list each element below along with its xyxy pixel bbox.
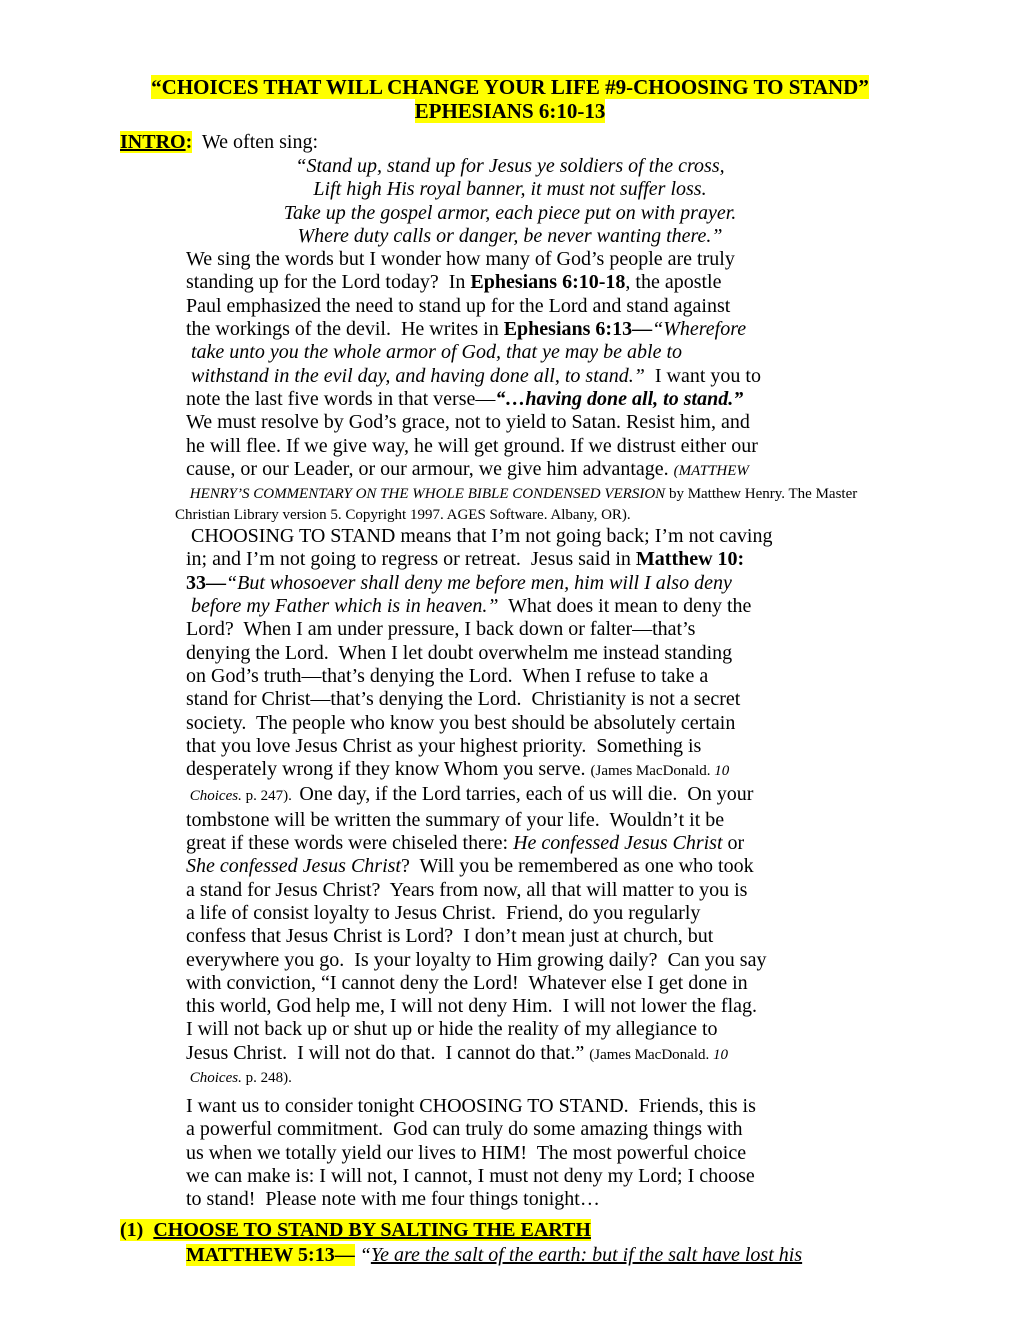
text-line: confess that Jesus Christ is Lord? I don… bbox=[186, 925, 1020, 948]
text-run: a life of consist loyalty to Jesus Chris… bbox=[186, 902, 700, 924]
text-run: before my Father which is in heaven.” bbox=[186, 595, 499, 617]
text-run: I will not back up or shut up or hide th… bbox=[186, 1018, 718, 1040]
hymn-line: Take up the gospel armor, each piece put… bbox=[0, 202, 1020, 225]
intro-label: INTRO bbox=[120, 131, 186, 153]
text-run: p. 248). bbox=[242, 1070, 292, 1086]
text-line: everywhere you go. Is your loyalty to Hi… bbox=[186, 949, 1020, 972]
text-line: he will flee. If we give way, he will ge… bbox=[186, 435, 1020, 458]
text-run: to stand! Please note with me four thing… bbox=[186, 1188, 600, 1210]
text-line: a powerful commitment. God can truly do … bbox=[186, 1118, 1020, 1141]
text-run: Matthew 10: bbox=[636, 548, 744, 570]
text-run: I want us to consider tonight CHOOSING T… bbox=[186, 1095, 756, 1117]
scripture-matthew-5-13: MATTHEW 5:13— “Ye are the salt of the ea… bbox=[186, 1243, 1020, 1268]
text-run: 33— bbox=[186, 572, 226, 594]
text-run: stand for Christ—that’s denying the Lord… bbox=[186, 688, 740, 710]
text-run: (MATTHEW bbox=[674, 463, 749, 479]
text-run: everywhere you go. Is your loyalty to Hi… bbox=[186, 949, 766, 971]
text-run: confess that Jesus Christ is Lord? I don… bbox=[186, 925, 713, 947]
text-run: this world, God help me, I will not deny… bbox=[186, 995, 757, 1017]
text-run: (1) bbox=[120, 1219, 153, 1241]
sermon-title-text: “CHOICES THAT WILL CHANGE YOUR LIFE #9-C… bbox=[151, 75, 869, 99]
text-run: that you love Jesus Christ as your highe… bbox=[186, 735, 701, 757]
text-run: 10 bbox=[714, 763, 729, 779]
text-line: CHOOSING TO STAND means that I’m not goi… bbox=[186, 525, 1020, 548]
sermon-scripture-reference-text: EPHESIANS 6:10-13 bbox=[415, 99, 606, 123]
text-run: (James MacDonald. bbox=[589, 1047, 713, 1063]
text-line: this world, God help me, I will not deny… bbox=[186, 995, 1020, 1018]
paragraph-2: CHOOSING TO STAND means that I’m not goi… bbox=[186, 525, 1020, 1088]
text-line: I want us to consider tonight CHOOSING T… bbox=[186, 1095, 1020, 1118]
text-line: great if these words were chiseled there… bbox=[186, 832, 1020, 855]
text-run: (James MacDonald. bbox=[591, 763, 715, 779]
text-run: We sing the words but I wonder how many … bbox=[186, 248, 735, 270]
text-line: HENRY’S COMMENTARY ON THE WHOLE BIBLE CO… bbox=[186, 483, 1020, 504]
text-line: 33—“But whosoever shall deny me before m… bbox=[186, 572, 1020, 595]
document-body: We sing the words but I wonder how many … bbox=[0, 248, 1020, 1268]
text-run: Paul emphasized the need to stand up for… bbox=[186, 295, 730, 317]
text-run: , the apostle bbox=[625, 271, 721, 293]
text-run: What does it mean to deny the bbox=[499, 595, 752, 617]
text-run: cause, or our Leader, or our armour, we … bbox=[186, 458, 674, 480]
text-line: a life of consist loyalty to Jesus Chris… bbox=[186, 902, 1020, 925]
text-line: standing up for the Lord today? In Ephes… bbox=[186, 271, 1020, 294]
text-run: a powerful commitment. God can truly do … bbox=[186, 1118, 743, 1140]
paragraph-1: We sing the words but I wonder how many … bbox=[186, 248, 1020, 525]
text-line: Choices. p. 247). One day, if the Lord t… bbox=[186, 783, 1020, 808]
text-line: Choices. p. 248). bbox=[186, 1067, 1020, 1088]
text-run: He confessed Jesus Christ bbox=[513, 832, 722, 854]
text-run: “…having done all, to stand.” bbox=[495, 388, 743, 410]
text-run: in; and I’m not going to regress or retr… bbox=[186, 548, 636, 570]
text-run: take unto you the whole armor of God, th… bbox=[186, 341, 682, 363]
text-run: standing up for the Lord today? In bbox=[186, 271, 470, 293]
text-run: CHOOSING TO STAND means that I’m not goi… bbox=[186, 525, 772, 547]
text-run: Choices. bbox=[186, 1070, 242, 1086]
text-run: Ye are the salt of the earth: but if the… bbox=[371, 1244, 802, 1266]
text-line: with conviction, “I cannot deny the Lord… bbox=[186, 972, 1020, 995]
text-run: HENRY’S COMMENTARY ON THE WHOLE BIBLE CO… bbox=[186, 486, 665, 502]
text-line: on God’s truth—that’s denying the Lord. … bbox=[186, 665, 1020, 688]
text-line: denying the Lord. When I let doubt overw… bbox=[186, 642, 1020, 665]
text-run: CHOOSE TO STAND BY SALTING THE EARTH bbox=[153, 1219, 591, 1241]
text-run: I want you to bbox=[645, 365, 761, 387]
text-line: cause, or our Leader, or our armour, we … bbox=[186, 458, 1020, 483]
text-line: note the last five words in that verse—“… bbox=[186, 388, 1020, 411]
text-run: Ephesians 6:10-18 bbox=[470, 271, 625, 293]
text-line: Christian Library version 5. Copyright 1… bbox=[186, 504, 1020, 525]
text-run: 10 bbox=[713, 1047, 728, 1063]
text-run: MATTHEW 5:13— bbox=[186, 1244, 355, 1266]
text-run: with conviction, “I cannot deny the Lord… bbox=[186, 972, 748, 994]
text-line: Jesus Christ. I will not do that. I cann… bbox=[186, 1042, 1020, 1067]
text-line: us when we totally yield our lives to HI… bbox=[186, 1142, 1020, 1165]
text-run: ? Will you be remembered as one who took bbox=[401, 855, 754, 877]
text-line: We sing the words but I wonder how many … bbox=[186, 248, 1020, 271]
hymn-line: Where duty calls or danger, be never wan… bbox=[0, 225, 1020, 248]
text-run: us when we totally yield our lives to HI… bbox=[186, 1142, 746, 1164]
text-run: Jesus Christ. I will not do that. I cann… bbox=[186, 1042, 589, 1064]
text-run: we can make is: I will not, I cannot, I … bbox=[186, 1165, 755, 1187]
text-run: “But whosoever shall deny me before men,… bbox=[226, 572, 732, 594]
hymn-quote: “Stand up, stand up for Jesus ye soldier… bbox=[0, 155, 1020, 248]
text-run: “Wherefore bbox=[652, 318, 746, 340]
hymn-line: Lift high His royal banner, it must not … bbox=[0, 178, 1020, 201]
text-run: Ephesians 6:13— bbox=[504, 318, 652, 340]
document-page: “CHOICES THAT WILL CHANGE YOUR LIFE #9-C… bbox=[0, 0, 1020, 1320]
text-run: We must resolve by God’s grace, not to y… bbox=[186, 411, 750, 433]
text-run: on God’s truth—that’s denying the Lord. … bbox=[186, 665, 708, 687]
text-run: Choices. bbox=[186, 788, 242, 804]
text-line: that you love Jesus Christ as your highe… bbox=[186, 735, 1020, 758]
text-line: tombstone will be written the summary of… bbox=[186, 809, 1020, 832]
text-run: tombstone will be written the summary of… bbox=[186, 809, 724, 831]
text-run: or bbox=[723, 832, 745, 854]
text-line: Paul emphasized the need to stand up for… bbox=[186, 295, 1020, 318]
text-line: before my Father which is in heaven.” Wh… bbox=[186, 595, 1020, 618]
text-run: desperately wrong if they know Whom you … bbox=[186, 758, 591, 780]
text-run: by Matthew Henry. The Master bbox=[665, 486, 857, 502]
section-heading-1: (1) CHOOSE TO STAND BY SALTING THE EARTH bbox=[120, 1218, 1020, 1243]
sermon-title: “CHOICES THAT WILL CHANGE YOUR LIFE #9-C… bbox=[0, 75, 1020, 99]
text-run: great if these words were chiseled there… bbox=[186, 832, 513, 854]
text-line: withstand in the evil day, and having do… bbox=[186, 365, 1020, 388]
paragraph-3: I want us to consider tonight CHOOSING T… bbox=[186, 1095, 1020, 1211]
sermon-scripture-reference: EPHESIANS 6:10-13 bbox=[0, 99, 1020, 123]
text-line: (1) CHOOSE TO STAND BY SALTING THE EARTH bbox=[120, 1218, 1020, 1243]
text-run: society. The people who know you best sh… bbox=[186, 712, 735, 734]
text-run: “ bbox=[355, 1244, 371, 1266]
text-run: a stand for Jesus Christ? Years from now… bbox=[186, 879, 747, 901]
text-line: take unto you the whole armor of God, th… bbox=[186, 341, 1020, 364]
text-run: note the last five words in that verse— bbox=[186, 388, 495, 410]
intro-text: We often sing: bbox=[192, 131, 318, 153]
text-run: One day, if the Lord tarries, each of us… bbox=[299, 783, 753, 805]
text-run: he will flee. If we give way, he will ge… bbox=[186, 435, 758, 457]
text-run: She confessed Jesus Christ bbox=[186, 855, 401, 877]
text-run: Lord? When I am under pressure, I back d… bbox=[186, 618, 695, 640]
text-line: desperately wrong if they know Whom you … bbox=[186, 758, 1020, 783]
intro-line: INTRO: We often sing: bbox=[120, 130, 1020, 155]
text-run: withstand in the evil day, and having do… bbox=[186, 365, 645, 387]
hymn-line: “Stand up, stand up for Jesus ye soldier… bbox=[0, 155, 1020, 178]
text-run: the workings of the devil. He writes in bbox=[186, 318, 504, 340]
text-line: to stand! Please note with me four thing… bbox=[186, 1188, 1020, 1211]
text-run: p. 247). bbox=[242, 788, 300, 804]
text-line: the workings of the devil. He writes in … bbox=[186, 318, 1020, 341]
text-run: Christian Library version 5. Copyright 1… bbox=[175, 507, 631, 523]
text-line: in; and I’m not going to regress or retr… bbox=[186, 548, 1020, 571]
text-line: MATTHEW 5:13— “Ye are the salt of the ea… bbox=[186, 1243, 1020, 1268]
text-line: I will not back up or shut up or hide th… bbox=[186, 1018, 1020, 1041]
text-line: stand for Christ—that’s denying the Lord… bbox=[186, 688, 1020, 711]
text-line: a stand for Jesus Christ? Years from now… bbox=[186, 879, 1020, 902]
text-line: We must resolve by God’s grace, not to y… bbox=[186, 411, 1020, 434]
text-line: Lord? When I am under pressure, I back d… bbox=[186, 618, 1020, 641]
text-line: we can make is: I will not, I cannot, I … bbox=[186, 1165, 1020, 1188]
text-run: denying the Lord. When I let doubt overw… bbox=[186, 642, 732, 664]
text-line: She confessed Jesus Christ? Will you be … bbox=[186, 855, 1020, 878]
text-line: society. The people who know you best sh… bbox=[186, 712, 1020, 735]
